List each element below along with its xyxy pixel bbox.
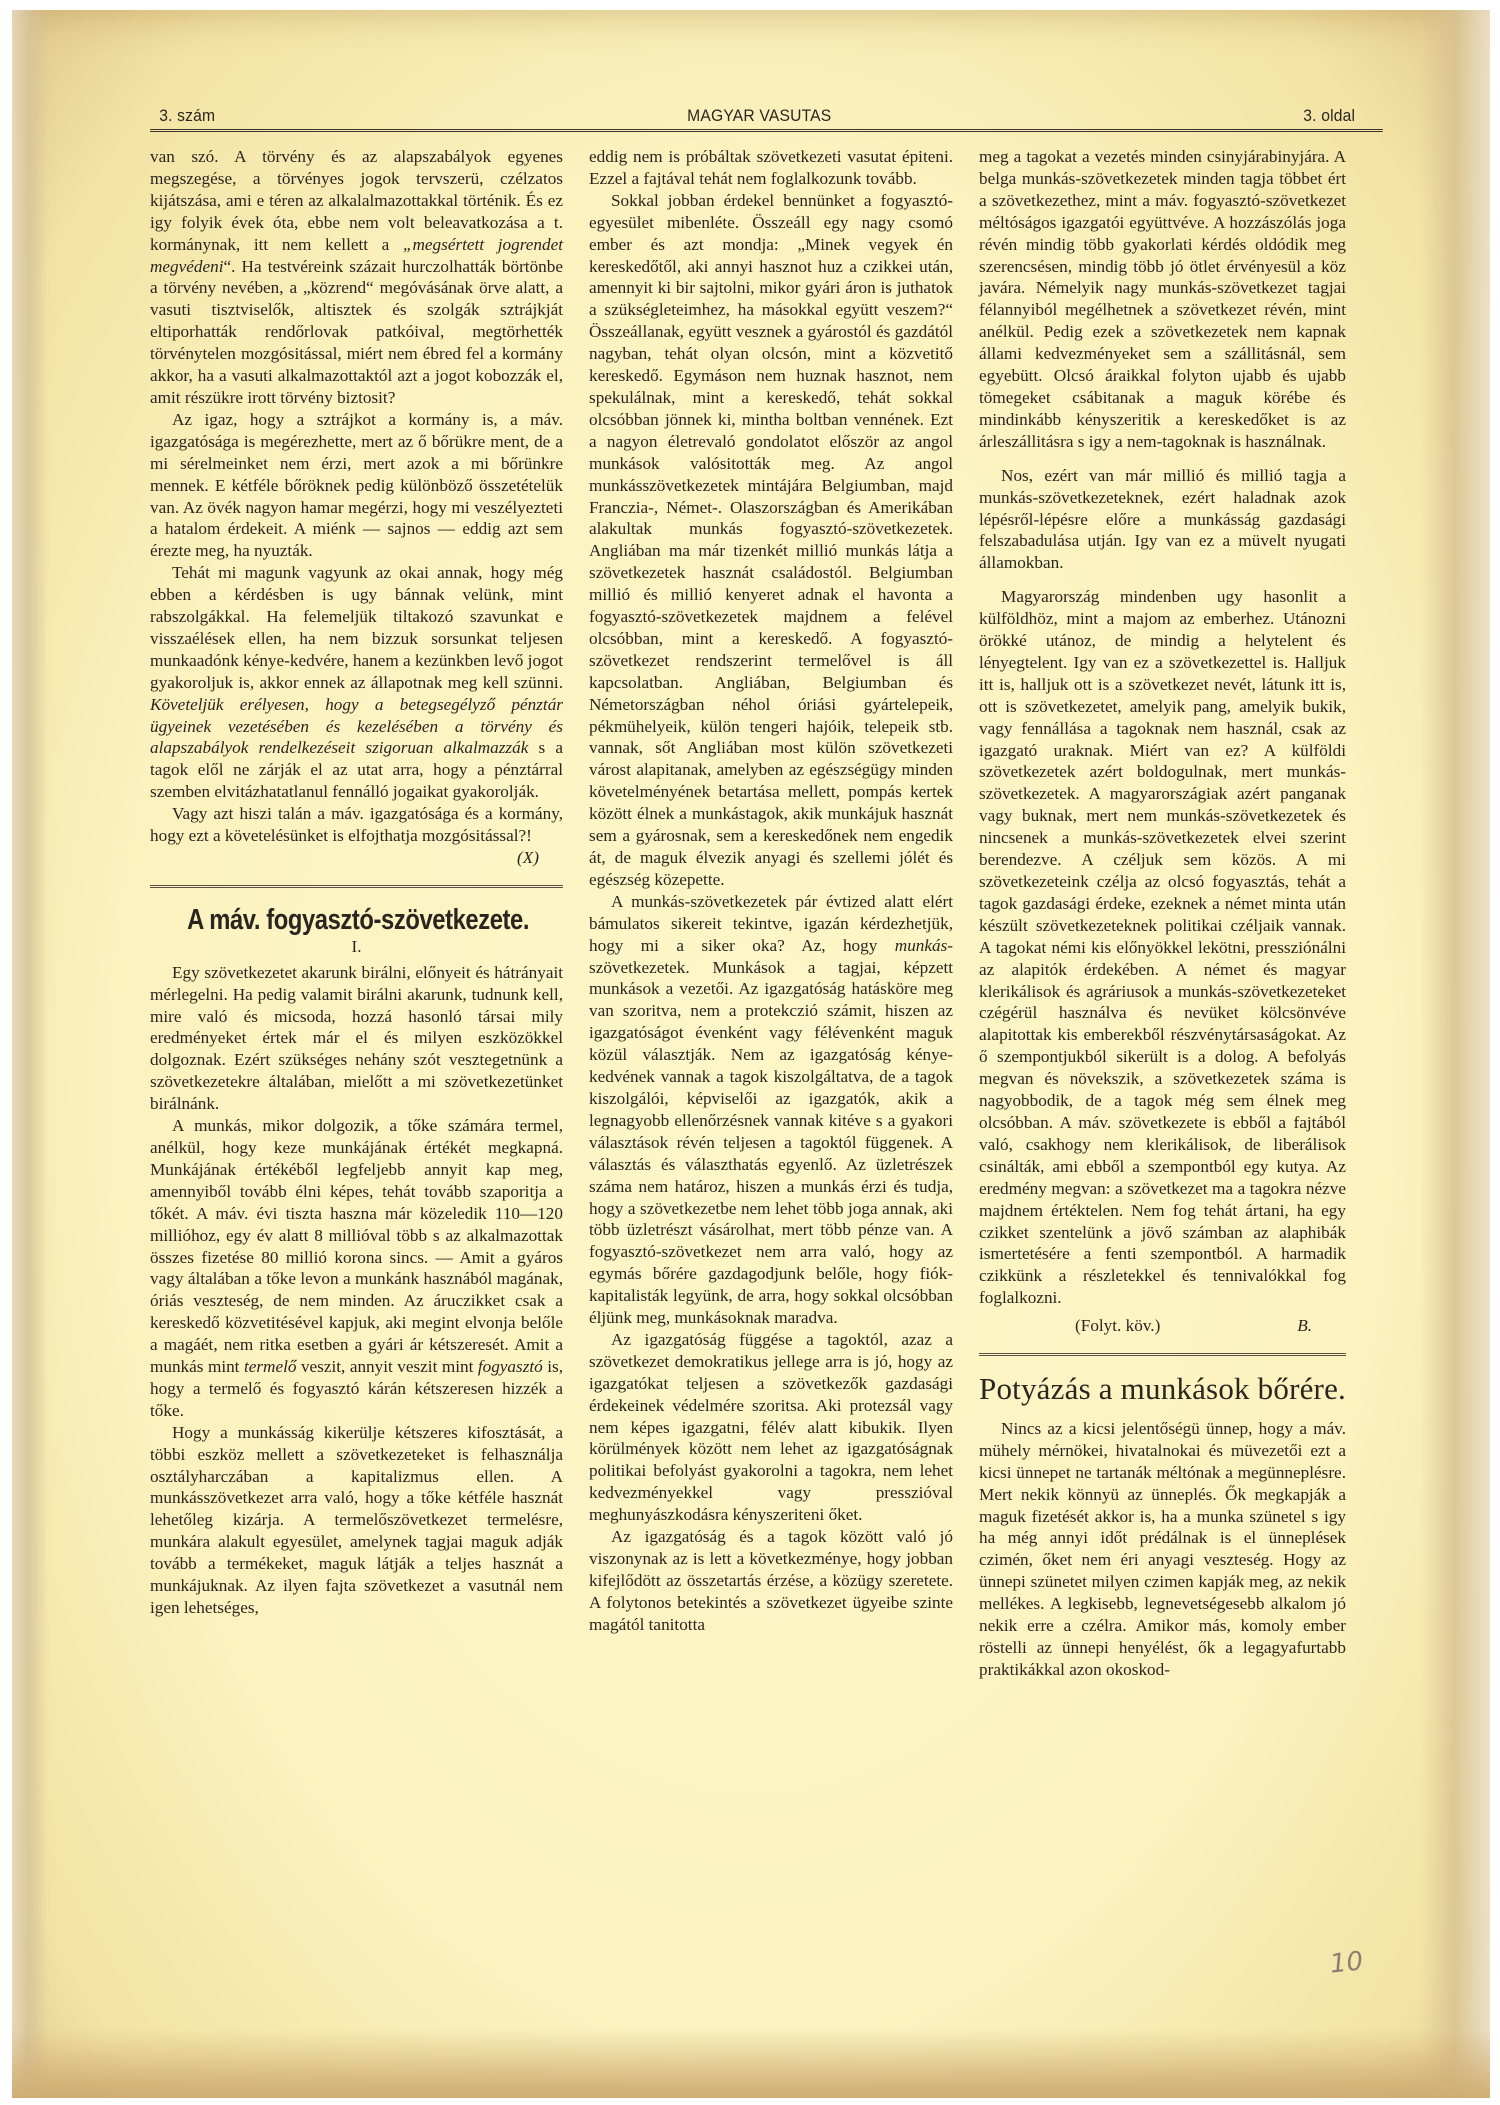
paragraph: Hogy a munkásság kikerülje kétszeres kif…: [150, 1422, 563, 1619]
paragraph: Sokkal jobban érdekel bennünket a fogyas…: [589, 190, 953, 891]
worn-left-edge: [12, 10, 48, 2098]
paragraph: Nincs az a kicsi jelentőségü ünnep, hogy…: [979, 1418, 1346, 1681]
running-header: 3. szám MAGYAR VASUTAS 3. oldal: [150, 100, 1383, 132]
article-title: Potyázás a munkások bőrére.: [979, 1378, 1346, 1400]
paragraph: Egy szövetkezetet akarunk birálni, előny…: [150, 962, 563, 1115]
paragraph: Tehát mi magunk vagyunk az okai annak, h…: [150, 562, 563, 803]
issue-number: 3. szám: [159, 106, 215, 126]
continued-label: (Folyt. köv.): [1075, 1315, 1160, 1337]
column-1: van szó. A törvény és az alapszabályok e…: [150, 146, 575, 1681]
text-columns: van szó. A törvény és az alapszabályok e…: [150, 146, 1358, 1681]
handwritten-page-number: 10: [1329, 1946, 1365, 1979]
paragraph: Nos, ezért van már millió és millió tagj…: [979, 465, 1346, 575]
paragraph: eddig nem is próbáltak szövetkezeti vasu…: [589, 146, 953, 190]
paragraph: Az igazgatóság és a tagok között való jó…: [589, 1526, 953, 1636]
page-number: 3. oldal: [1303, 106, 1355, 126]
section-divider: [150, 885, 563, 888]
paragraph: van szó. A törvény és az alapszabályok e…: [150, 146, 563, 409]
paragraph: Az igazgatóság függése a tagoktól, azaz …: [589, 1329, 953, 1526]
article-title: A máv. fogyasztó-szövetkezete.: [187, 910, 526, 932]
paragraph: Magyarország mindenben ugy hasonlit a kü…: [979, 586, 1346, 1309]
paragraph: meg a tagokat a vezetés minden csinyjára…: [979, 146, 1346, 453]
newspaper-page: 3. szám MAGYAR VASUTAS 3. oldal van szó.…: [150, 100, 1358, 1681]
article-part-number: I.: [150, 936, 563, 958]
paragraph: Az igaz, hogy a sztrájkot a kormány is, …: [150, 409, 563, 562]
author-signature: B.: [1297, 1315, 1312, 1337]
paragraph: A munkás, mikor dolgozik, a tőke számára…: [150, 1115, 563, 1422]
section-divider: [979, 1353, 1346, 1356]
newspaper-title: MAGYAR VASUTAS: [687, 106, 831, 126]
worn-bottom-edge: [12, 2028, 1490, 2098]
column-2: eddig nem is próbáltak szövetkezeti vasu…: [575, 146, 965, 1681]
author-signature: (X): [495, 847, 563, 869]
paragraph: Vagy azt hiszi talán a máv. igazgatósága…: [150, 803, 563, 847]
column-3: meg a tagokat a vezetés minden csinyjára…: [965, 146, 1358, 1681]
continued-note: (Folyt. köv.) B.: [979, 1309, 1346, 1337]
worn-right-edge: [1420, 10, 1490, 2098]
paragraph: A munkás-szövetkezetek pár évtized alatt…: [589, 891, 953, 1329]
